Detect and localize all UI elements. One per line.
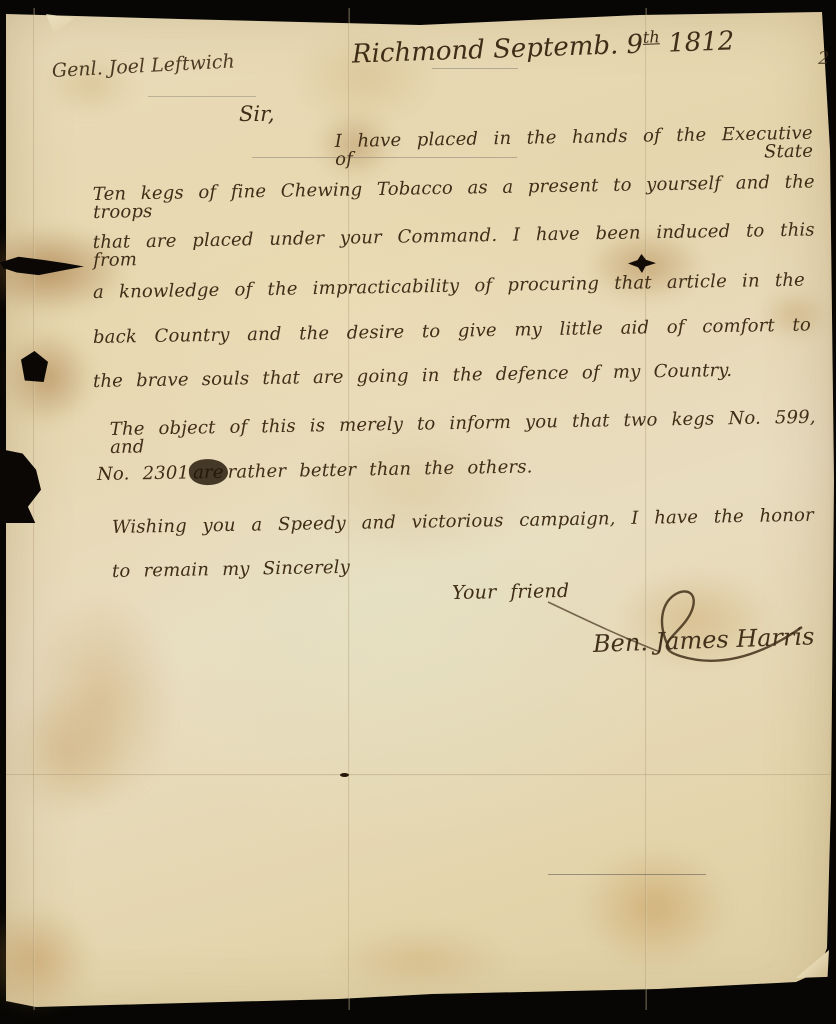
handwritten-line: I have placed in the hands of the Execut… — [335, 125, 814, 169]
blotted-word: are — [193, 462, 224, 484]
line8-text: No. 2301 — [97, 462, 190, 485]
dateline-year: 1812 — [668, 26, 735, 58]
scanned-letter-page: Genl. Joel Leftwich Richmond Septemb. 9t… — [0, 0, 836, 1024]
signature: Ben. James Harris — [593, 624, 815, 656]
dateline-ordinal: th — [642, 27, 660, 47]
corner-mark: 2 — [818, 50, 829, 68]
salutation: Sir, — [239, 104, 275, 125]
closing-line: Your friend — [452, 582, 570, 603]
handwritten-line: to remain my Sincerely — [112, 559, 350, 581]
